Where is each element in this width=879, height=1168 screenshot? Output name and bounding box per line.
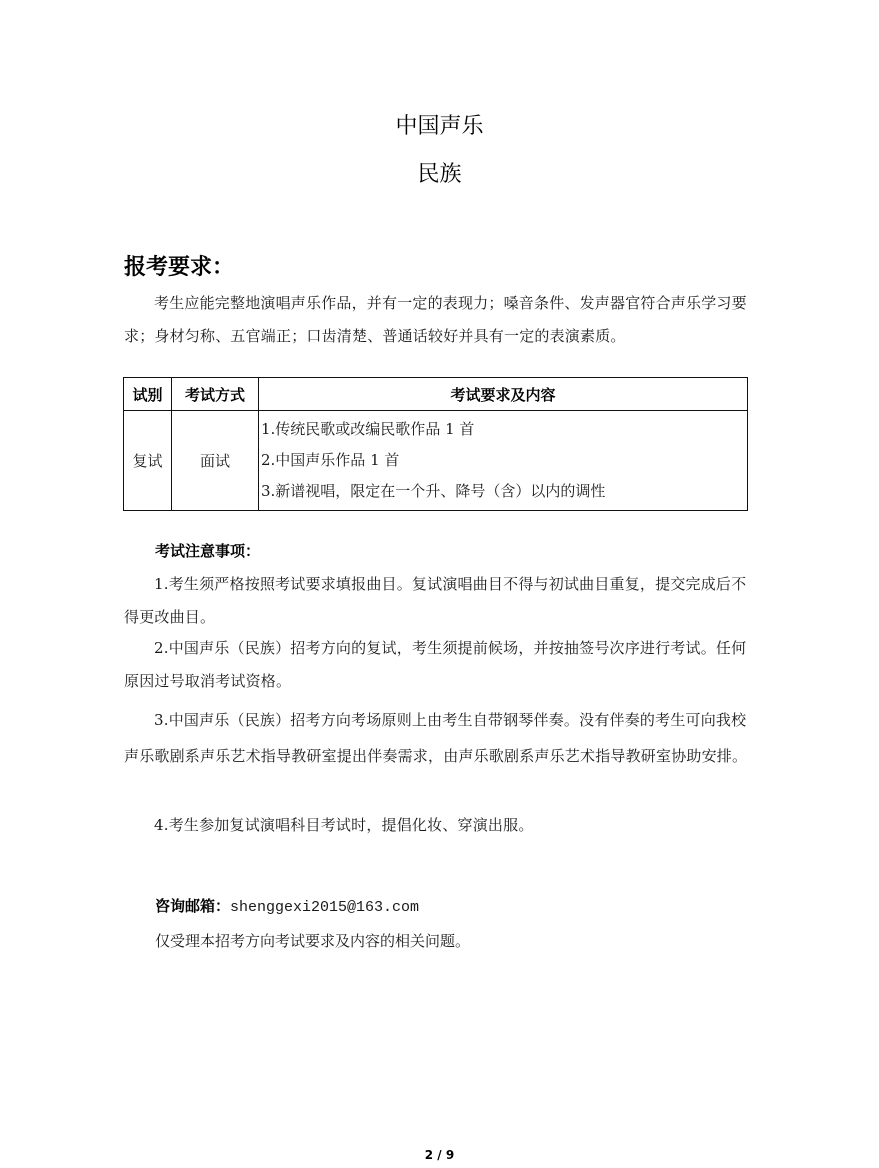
notes-heading: 考试注意事项： [155, 540, 260, 561]
content-item: 1.传统民歌或改编民歌作品 1 首 [261, 414, 747, 445]
intro-paragraph: 考生应能完整地演唱声乐作品，并有一定的表现力；嗓音条件、发声器官符合声乐学习要求… [124, 287, 749, 353]
intro-text: 考生应能完整地演唱声乐作品，并有一定的表现力；嗓音条件、发声器官符合声乐学习要求… [124, 294, 747, 345]
note-text: 1.考生须严格按照考试要求填报曲目。复试演唱曲目不得与初试曲目重复，提交完成后不… [124, 575, 746, 626]
exam-table: 试别 考试方式 考试要求及内容 复试 面试 1.传统民歌或改编民歌作品 1 首 … [123, 377, 748, 511]
note-text: 2.中国声乐（民族）招考方向的复试，考生须提前候场，并按抽签号次序进行考试。任何… [124, 639, 746, 690]
header-stage: 试别 [124, 378, 172, 411]
contact-line: 咨询邮箱：shenggexi2015@163.com [155, 895, 419, 919]
header-content: 考试要求及内容 [259, 378, 748, 411]
contact-label: 咨询邮箱： [155, 897, 230, 915]
contact-note: 仅受理本招考方向考试要求及内容的相关问题。 [155, 930, 470, 951]
content-item: 2.中国声乐作品 1 首 [261, 445, 747, 476]
content-item: 3.新谱视唱，限定在一个升、降号（含）以内的调性 [261, 476, 747, 507]
cell-method: 面试 [172, 411, 259, 511]
document-subtitle: 民族 [0, 157, 879, 188]
note-item: 3.中国声乐（民族）招考方向考场原则上由考生自带钢琴伴奏。没有伴奏的考生可向我校… [124, 702, 749, 774]
page-number: 2 / 9 [0, 1148, 879, 1162]
requirements-heading: 报考要求： [124, 250, 234, 281]
cell-content: 1.传统民歌或改编民歌作品 1 首 2.中国声乐作品 1 首 3.新谱视唱，限定… [259, 411, 748, 511]
note-text: 4.考生参加复试演唱科目考试时，提倡化妆、穿演出服。 [154, 816, 534, 834]
header-method: 考试方式 [172, 378, 259, 411]
cell-stage: 复试 [124, 411, 172, 511]
document-title: 中国声乐 [0, 109, 879, 140]
note-item: 1.考生须严格按照考试要求填报曲目。复试演唱曲目不得与初试曲目重复，提交完成后不… [124, 568, 749, 634]
note-text: 3.中国声乐（民族）招考方向考场原则上由考生自带钢琴伴奏。没有伴奏的考生可向我校… [124, 711, 747, 765]
contact-email[interactable]: shenggexi2015@163.com [230, 899, 419, 916]
table-header-row: 试别 考试方式 考试要求及内容 [124, 378, 748, 411]
table-row: 复试 面试 1.传统民歌或改编民歌作品 1 首 2.中国声乐作品 1 首 3.新… [124, 411, 748, 511]
document-page: 中国声乐 民族 报考要求： 考生应能完整地演唱声乐作品，并有一定的表现力；嗓音条… [0, 0, 879, 1168]
note-item: 2.中国声乐（民族）招考方向的复试，考生须提前候场，并按抽签号次序进行考试。任何… [124, 632, 749, 698]
note-item: 4.考生参加复试演唱科目考试时，提倡化妆、穿演出服。 [124, 809, 749, 842]
